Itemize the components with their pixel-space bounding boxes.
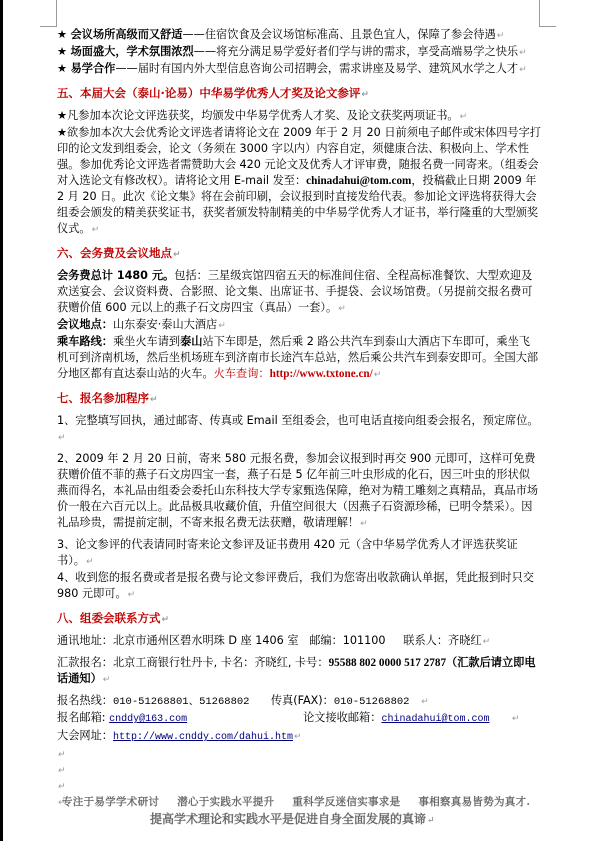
paragraph-mark-icon: ↵ (162, 615, 170, 625)
remit-label: 汇款报名： (57, 656, 113, 669)
paragraph-mark-icon: ↵ (427, 816, 435, 826)
paragraph-mark-icon: ↵ (173, 250, 181, 260)
paragraph-mark-icon: ↵ (294, 732, 302, 742)
hotline-value: 010-51268801、51268802 (113, 696, 250, 708)
procedure-text: 2、2009 年 2 月 20 日前，寄来 580 元报名费，参加会议报到时再交… (57, 452, 538, 529)
address-row: 通讯地址：北京市通州区碧水明珠 D 座 1406 室 邮编：101100 联系人… (57, 633, 541, 650)
fee-paragraph: 会务费总计 1480 元。包括：三星级宾馆四宿五天的标准间住宿、全程高标准餐饮、… (57, 268, 541, 317)
route-paragraph: 乘车路线：乘坐火车请到泰山站下车即是，然后乘 2 路公共汽车到泰山大酒店下车即可… (57, 334, 541, 383)
postcode-label: 邮编： (309, 634, 343, 647)
page-left-edge (0, 0, 3, 841)
procedure-text: 3、论文参评的代表请同时寄来论文参评及证书费用 420 元（含中华易学优秀人才评… (57, 538, 518, 567)
train-query-label: 火车查询： (214, 367, 270, 380)
bullet-venue: ★ 会议场所高级而又舒适——住宿饮食及会议场馆标准高、且景色宜人，保障了参会待遇… (57, 27, 541, 44)
bullet-text: ——将充分满足易学爱好者们学与讲的需求，享受高端易学之快乐 (194, 45, 518, 58)
procedure-item-4: 4、收到您的报名费或者是报名费与论文参评费后，我们为您寄出收款确认单据，凭此报到… (57, 570, 541, 603)
address-label: 通讯地址： (57, 634, 113, 647)
footer-slogans: 专注于易学学术研讨潜心于实践水平提升重科学反迷信实事求是事相察真易皆势为真才. (62, 794, 542, 809)
footer-slogan: 专注于易学学术研讨 (62, 796, 159, 808)
procedure-item-3: 3、论文参评的代表请同时寄来论文参评及证书费用 420 元（含中华易学优秀人才评… (57, 537, 541, 570)
bullet-title: 场面盛大，学术氛围浓烈 (71, 45, 194, 58)
address-value: 北京市通州区碧水明珠 D 座 1406 室 (113, 634, 299, 647)
paragraph-mark-icon: ↵ (338, 304, 346, 314)
procedure-item-1: 1、完整填写回执，通过邮寄、传真或 Email 至组委会，也可电话直接向组委会报… (57, 413, 541, 446)
card-number: 95588 802 0000 517 2787 (329, 657, 446, 669)
section-5-para-2: ★欲参加本次大会优秀论文评选者请将论文在 2009 年于 2 月 20 日前须电… (57, 125, 541, 238)
heading-text: 六、会务费及会议地点 (57, 246, 172, 260)
footer-motto-text: 提高学术理论和实践水平是促进自身全面发展的真谛 (150, 812, 426, 826)
section-6-heading: 六、会务费及会议地点↵ (57, 245, 541, 263)
paragraph-mark-icon: ↵ (360, 519, 368, 529)
paragraph-mark-icon: ↵ (92, 225, 100, 235)
reg-email-link[interactable]: cnddy@163.com (109, 714, 187, 725)
section-7-heading: 七、报名参加程序↵ (57, 390, 541, 408)
crop-mark-top-left (40, 0, 57, 27)
paragraph-mark-icon: ↵ (58, 433, 66, 443)
venue-paragraph: 会议地点：山东泰安·泰山大酒店↵ (57, 317, 541, 334)
paragraph-mark-icon: ↵ (218, 321, 226, 331)
website-label: 大会网址： (57, 729, 113, 742)
paragraph-mark-icon: ↵ (58, 750, 66, 760)
heading-text: 五、本届大会（泰山·论易）中华易学优秀人才奖及论文参评 (57, 86, 360, 100)
paragraph-mark-icon: ↵ (103, 675, 111, 685)
star-icon: ★ (57, 45, 67, 58)
paragraph-mark-icon: ↵ (86, 557, 94, 567)
website-link[interactable]: http://www.cnddy.com/dahui.htm (113, 732, 293, 743)
remit-text: 北京工商银行牡丹卡, 卡名：齐晓红, 卡号： (113, 656, 329, 669)
section-5-para-1: ★凡参加本次论文评选获奖，均颁发中华易学优秀人才奖、及论文获奖两项证书。↵ (57, 108, 541, 125)
footer-motto: 提高学术理论和实践水平是促进自身全面发展的真谛↵ (150, 810, 510, 827)
star-icon: ★ (57, 62, 67, 75)
contact-label: 联系人： (403, 634, 448, 647)
paragraph-mark-icon: ↵ (374, 370, 382, 380)
paragraph-mark-icon: ↵ (497, 31, 505, 41)
procedure-text: 1、完整填写回执，通过邮寄、传真或 Email 至组委会，也可电话直接向组委会报… (57, 414, 539, 427)
footer-slogan: 事相察真易皆势为真才. (418, 796, 530, 808)
section-8-heading: 八、组委会联系方式↵ (57, 610, 541, 628)
empty-paragraph: ↵ (57, 762, 541, 778)
postcode-value: 101100 (343, 634, 386, 647)
paragraph-mark-icon: ↵ (519, 65, 527, 75)
para-text: ★凡参加本次论文评选获奖，均颁发中华易学优秀人才奖、及论文获奖两项证书。 (57, 109, 459, 122)
star-icon: ★ (57, 28, 67, 41)
submission-email[interactable]: chinadahui@tom.com (306, 175, 411, 187)
footer-slogan: 重科学反迷信实事求是 (292, 796, 400, 808)
website-row: 大会网址：http://www.cnddy.com/dahui.htm↵ (57, 728, 541, 746)
reg-email-label: 报名邮箱: (57, 711, 106, 724)
paragraph-mark-icon: ↵ (150, 395, 158, 405)
remittance-row: 汇款报名：北京工商银行牡丹卡, 卡名：齐晓红, 卡号：95588 802 000… (57, 655, 541, 688)
paragraph-mark-icon: ↵ (128, 590, 136, 600)
bullet-title: 会议场所高级而又舒适 (71, 28, 183, 41)
paragraph-mark-icon: ↵ (58, 766, 66, 776)
empty-paragraph: ↵ (57, 746, 541, 762)
fee-label: 会务费总计 1480 元。 (57, 269, 174, 282)
bullet-atmosphere: ★ 场面盛大，学术氛围浓烈——将充分满足易学爱好者们学与讲的需求，享受高端易学之… (57, 44, 541, 61)
contact-value: 齐晓红 (448, 634, 482, 647)
fax-label: 传真(FAX)： (271, 694, 334, 707)
route-text: 乘坐火车请到 (113, 335, 180, 348)
bullet-cooperation: ★ 易学合作——届时有国内外大型信息咨询公司招聘会，需求讲座及易学、建筑风水学之… (57, 61, 541, 78)
heading-text: 八、组委会联系方式 (57, 611, 161, 625)
fax-value: 010-51268802 (334, 696, 410, 708)
hotline-row: 报名热线：010-51268801、51268802 传真(FAX)：010-5… (57, 693, 541, 710)
paragraph-mark-icon: ↵ (483, 637, 491, 647)
paragraph-mark-icon: ↵ (361, 90, 369, 100)
train-query-link[interactable]: http://www.txtone.cn/ (270, 368, 373, 380)
procedure-item-2: 2、2009 年 2 月 20 日前，寄来 580 元报名费，参加会议报到时再交… (57, 451, 541, 532)
bullet-text: ——届时有国内外大型信息咨询公司招聘会，需求讲座及易学、建筑风水学之人才 (115, 62, 518, 75)
route-station: 泰山 (180, 335, 202, 348)
venue-text: 山东泰安·泰山大酒店 (113, 318, 217, 331)
paper-email-label: 论文接收邮箱： (303, 711, 381, 724)
paragraph-mark-icon: ↵ (512, 714, 520, 724)
paragraph-mark-icon: ↵ (519, 48, 527, 58)
footer-slogan: 潜心于实践水平提升 (177, 796, 274, 808)
heading-text: 七、报名参加程序 (57, 391, 149, 405)
paragraph-mark-icon: ↵ (460, 112, 468, 122)
paper-email-link[interactable]: chinadahui@tom.com (381, 714, 489, 725)
venue-label: 会议地点： (57, 318, 113, 331)
bullet-title: 易学合作 (71, 62, 116, 75)
section-5-heading: 五、本届大会（泰山·论易）中华易学优秀人才奖及论文参评↵ (57, 85, 541, 103)
hotline-label: 报名热线： (57, 694, 113, 707)
email-row: 报名邮箱: cnddy@163.com论文接收邮箱：chinadahui@tom… (57, 710, 541, 728)
paragraph-mark-icon: ↵ (58, 782, 66, 792)
document-page: ★ 会议场所高级而又舒适——住宿饮食及会议场馆标准高、且景色宜人，保障了参会待遇… (57, 27, 541, 810)
paragraph-mark-icon: ↵ (421, 697, 429, 707)
crop-mark-top-right (539, 0, 556, 27)
empty-paragraph: ↵ (57, 778, 541, 794)
bullet-text: ——住宿饮食及会议场馆标准高、且景色宜人，保障了参会待遇 (182, 28, 495, 41)
route-label: 乘车路线： (57, 335, 113, 348)
